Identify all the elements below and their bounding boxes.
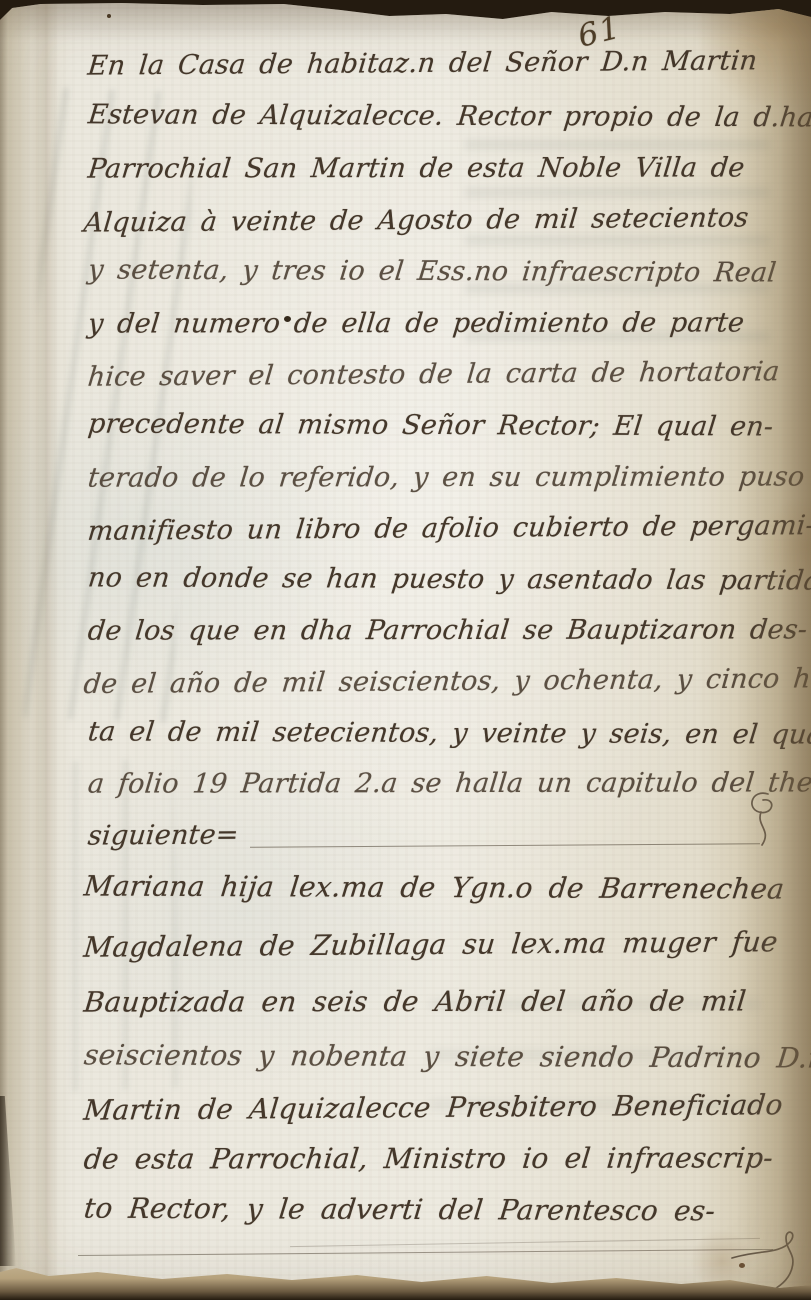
- text-line: siguiente=: [86, 815, 241, 856]
- text-line: Alquiza à veinte de Agosto de mil seteci…: [82, 198, 751, 243]
- binding-edge: [0, 0, 58, 1300]
- text-line: seiscientos y nobenta y siete siendo Pad…: [82, 1035, 811, 1078]
- manuscript-page: 61 En la Casa de habitaz.n del Señor D.n…: [0, 0, 811, 1300]
- text-line: Estevan de Alquizalecce. Rector propio d…: [86, 95, 811, 139]
- text-line: Magdalena de Zubillaga su lex.ma muger f…: [82, 922, 780, 967]
- text-line: de los que en dha Parrochial se Bauptiza…: [86, 610, 809, 651]
- ink-blot: [284, 316, 291, 322]
- separator-rule: [250, 843, 760, 848]
- text-line: hice saver el contesto de la carta de ho…: [86, 352, 782, 397]
- text-line: de esta Parrochial, Ministro io el infra…: [82, 1138, 775, 1179]
- text-line: Mariana hija lex.ma de Ygn.o de Barrenec…: [82, 866, 786, 909]
- text-line: terado de lo referido, y en su cumplimie…: [86, 457, 811, 498]
- rubric-flourish-icon: [742, 788, 786, 850]
- text-line: de el año de mil seiscientos, y ochenta,…: [82, 659, 811, 705]
- text-line: Parrochial San Martin de esta Noble Vill…: [86, 148, 747, 189]
- text-line: En la Casa de habitaz.n del Señor D.n Ma…: [86, 41, 759, 86]
- text-line: precedente al mismo Señor Rector; El qua…: [86, 405, 775, 448]
- text-line: y del numero de ella de pedimiento de pa…: [86, 303, 746, 344]
- manuscript-photo: 61 En la Casa de habitaz.n del Señor D.n…: [0, 0, 811, 1300]
- text-line: manifiesto un libro de afolio cubierto d…: [86, 506, 811, 552]
- text-line: Martin de Alquizalecce Presbitero Benefi…: [82, 1085, 785, 1130]
- text-line: y setenta, y tres io el Ess.no infraescr…: [86, 250, 778, 293]
- text-line: a folio 19 Partida 2.a se halla un capit…: [86, 763, 811, 804]
- closing-rule: [78, 1249, 773, 1256]
- closing-rule-faint: [290, 1238, 760, 1247]
- torn-edge-shadow: [0, 0, 811, 42]
- text-line: no en donde se han puesto y asentado las…: [86, 558, 811, 601]
- text-line: Bauptizada en seis de Abril del año de m…: [82, 981, 748, 1022]
- binding-gap-shadow: [0, 1096, 16, 1266]
- ink-blot: [739, 1263, 745, 1268]
- ink-blot: [107, 14, 111, 18]
- text-line: to Rector, y le adverti del Parentesco e…: [82, 1189, 717, 1232]
- text-line: ta el de mil setecientos, y veinte y sei…: [86, 712, 811, 755]
